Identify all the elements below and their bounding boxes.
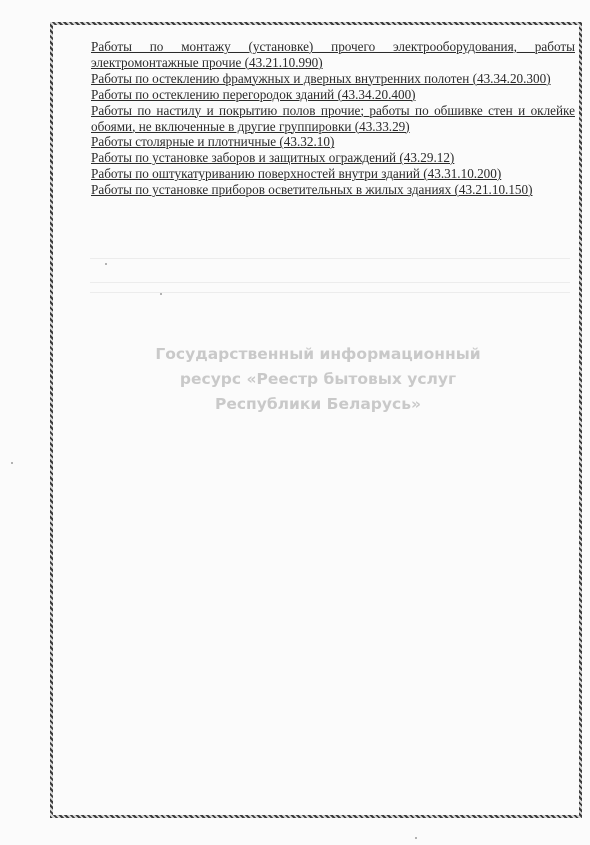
service-item: Работы по настилу и покрытию полов прочи…	[91, 103, 575, 135]
service-item: Работы по установке приборов осветительн…	[91, 182, 575, 198]
service-item: Работы по установке заборов и защитных о…	[91, 150, 575, 166]
registry-watermark: Государственный информационный ресурс «Р…	[120, 342, 516, 417]
scan-artifact	[90, 258, 570, 259]
watermark-line-2: ресурс «Реестр бытовых услуг	[120, 367, 516, 392]
service-item: Работы столярные и плотничные (43.32.10)	[91, 134, 575, 150]
watermark-line-1: Государственный информационный	[120, 342, 516, 367]
service-item: Работы по остеклению перегородок зданий …	[91, 87, 575, 103]
scan-speck	[160, 293, 162, 295]
scan-artifact	[90, 292, 570, 293]
service-item: Работы по оштукатуриванию поверхностей в…	[91, 166, 575, 182]
scan-speck	[11, 462, 13, 464]
scan-speck	[105, 263, 107, 265]
service-item: Работы по остеклению фрамужных и дверных…	[91, 71, 575, 87]
service-item: Работы по монтажу (установке) прочего эл…	[91, 39, 575, 71]
services-list: Работы по монтажу (установке) прочего эл…	[91, 39, 575, 198]
scan-artifact	[90, 282, 570, 283]
scan-speck	[415, 837, 417, 839]
watermark-line-3: Республики Беларусь»	[120, 392, 516, 417]
